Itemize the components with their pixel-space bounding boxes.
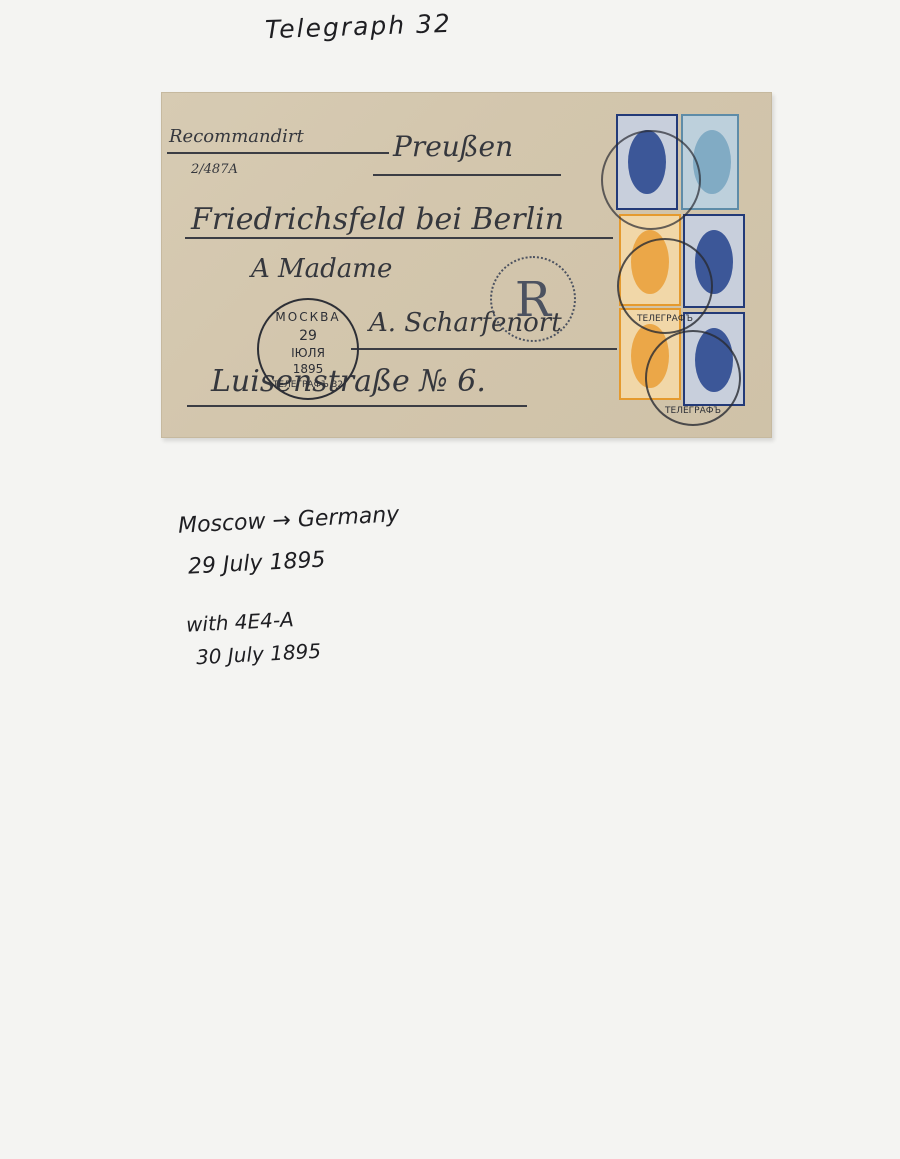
note-date: 29 July 1895 bbox=[187, 547, 326, 579]
note-date-2: 30 July 1895 bbox=[195, 639, 321, 670]
stamp-cancel: ТЕЛЕГРАФЪ bbox=[617, 238, 713, 334]
note-route: Moscow → Germany bbox=[177, 502, 399, 539]
registration-note: Recommandirt bbox=[169, 126, 304, 147]
note-with: with 4E4-A bbox=[185, 607, 294, 637]
underline bbox=[187, 405, 527, 407]
envelope-cover: Recommandirt Preußen 2/487A Friedrichsfe… bbox=[161, 92, 772, 438]
reference-number: 2/487A bbox=[191, 162, 238, 177]
postmark-month: ІЮЛЯ bbox=[259, 346, 357, 360]
underline bbox=[351, 348, 617, 350]
postmark-office: ТЕЛЕГРАФЪ 32 bbox=[259, 380, 357, 390]
underline bbox=[167, 152, 389, 154]
country-line: Preußen bbox=[393, 130, 513, 163]
postmark-year: 1895 bbox=[259, 362, 357, 376]
registration-mark: R bbox=[490, 256, 576, 342]
city-line: Friedrichsfeld bei Berlin bbox=[191, 202, 564, 237]
stamp-cancel: ТЕЛЕГРАФЪ bbox=[645, 330, 741, 426]
addressee-line-1: A Madame bbox=[251, 254, 392, 284]
moscow-postmark: МОСКВА 29 ІЮЛЯ 1895 ТЕЛЕГРАФЪ 32 bbox=[257, 298, 359, 400]
page-title: Telegraph 32 bbox=[265, 9, 453, 45]
underline bbox=[373, 174, 561, 176]
stamp-cancel bbox=[601, 130, 701, 230]
postmark-day: 29 bbox=[259, 328, 357, 344]
underline bbox=[185, 237, 613, 239]
postmark-city: МОСКВА bbox=[259, 310, 357, 324]
